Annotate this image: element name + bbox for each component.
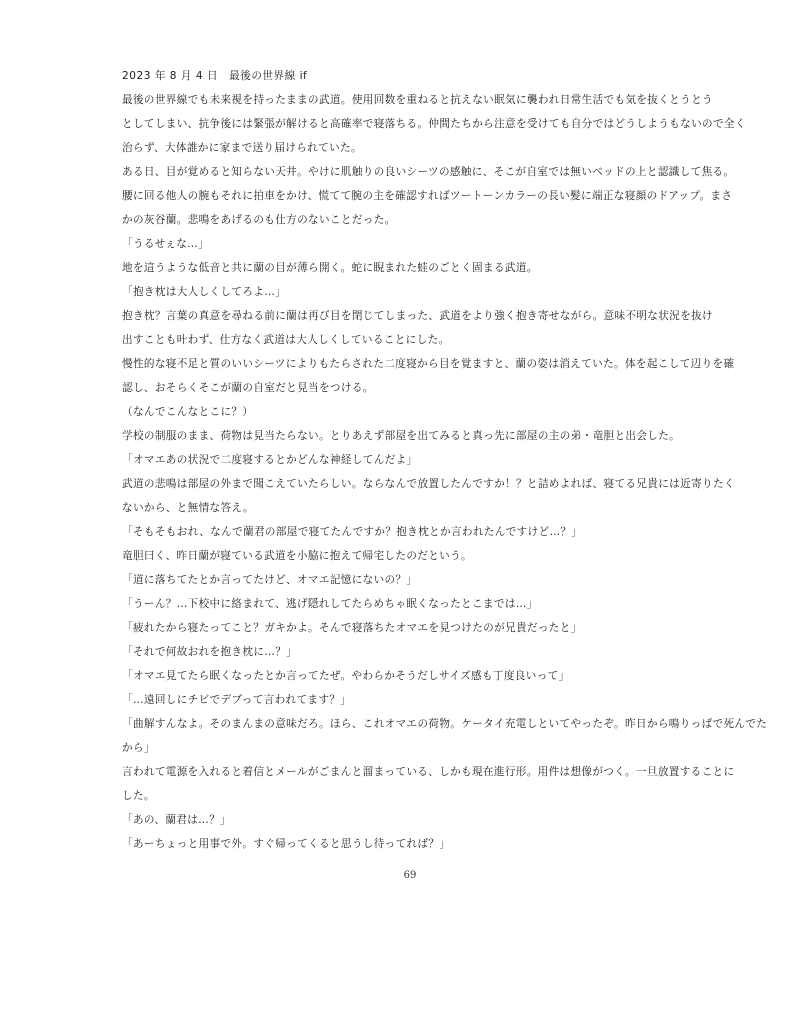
text-line: 腰に回る他人の腕もそれに拍車をかけ、慌てて腕の主を確認すればツートーンカラーの長…: [122, 184, 688, 208]
dialogue-line: 「あの、蘭君は…？」: [122, 808, 688, 832]
text-line: 出すことも叶わず、仕方なく武道は大人しくしていることにした。: [122, 328, 688, 352]
dialogue-line: 「…遠回しにチビでデブって言われてます？」: [122, 688, 688, 712]
dialogue-line: 「オマエあの状況で二度寝するとかどんな神経してんだよ」: [122, 448, 688, 472]
dialogue-line: 「そもそもおれ、なんで蘭君の部屋で寝てたんですか？抱き枕とか言われたんですけど……: [122, 520, 688, 544]
dialogue-line: 「曲解すんなよ。そのまんまの意味だろ。ほら、これオマエの荷物。ケータイ充電しとい…: [122, 712, 688, 736]
text-line: ないから、と無情な答え。: [122, 496, 688, 520]
page-body: 2023 年 8 月 4 日 最後の世界線 if 最後の世界線でも未来視を持った…: [122, 64, 688, 856]
text-line: ある日、目が覚めると知らない天井。やけに肌触りの良いシーツの感触に、そこが自室で…: [122, 160, 688, 184]
dialogue-line: から」: [122, 736, 688, 760]
page-number: 69: [14, 870, 792, 881]
text-line: 地を這うような低音と共に蘭の目が薄ら開く。蛇に睨まれた蛙のごとく固まる武道。: [122, 256, 688, 280]
text-line: としてしまい、抗争後には緊張が解けると高確率で寝落ちる。仲間たちから注意を受けて…: [122, 112, 688, 136]
section-heading: 2023 年 8 月 4 日 最後の世界線 if: [122, 64, 688, 88]
document-page: 2023 年 8 月 4 日 最後の世界線 if 最後の世界線でも未来視を持った…: [0, 0, 792, 1024]
text-line: 治らず、大体誰かに家まで送り届けられていた。: [122, 136, 688, 160]
text-line: 竜胆曰く、昨日蘭が寝ている武道を小脇に抱えて帰宅したのだという。: [122, 544, 688, 568]
text-line: 言われて電源を入れると着信とメールがごまんと溜まっている、しかも現在進行形。用件…: [122, 760, 688, 784]
text-line: 認し、おそらくそこが蘭の自室だと見当をつける。: [122, 376, 688, 400]
dialogue-line: 「あーちょっと用事で外。すぐ帰ってくると思うし待ってれば？」: [122, 832, 688, 856]
dialogue-line: 「疲れたから寝たってこと？ガキかよ。そんで寝落ちたオマエを見つけたのが兄貴だった…: [122, 616, 688, 640]
dialogue-line: 「うーん？…下校中に絡まれて、逃げ隠れしてたらめちゃ眠くなったとこまでは…」: [122, 592, 688, 616]
dialogue-line: 「それで何故おれを抱き枕に…？」: [122, 640, 688, 664]
thought-line: （なんでこんなとこに？）: [122, 400, 688, 424]
text-line: した。: [122, 784, 688, 808]
dialogue-line: 「うるせぇな…」: [122, 232, 688, 256]
text-line: 学校の制服のまま、荷物は見当たらない。とりあえず部屋を出てみると真っ先に部屋の主…: [122, 424, 688, 448]
text-line: 武道の悲鳴は部屋の外まで聞こえていたらしい。ならなんで放置したんですか！？と詰め…: [122, 472, 688, 496]
text-line: 慢性的な寝不足と質のいいシーツによりもたらされた二度寝から目を覚ますと、蘭の姿は…: [122, 352, 688, 376]
dialogue-line: 「抱き枕は大人しくしてろよ…」: [122, 280, 688, 304]
text-line: 抱き枕？言葉の真意を尋ねる前に蘭は再び目を閉じてしまった、武道をより強く抱き寄せ…: [122, 304, 688, 328]
text-line: 最後の世界線でも未来視を持ったままの武道。使用回数を重ねると抗えない眠気に襲われ…: [122, 88, 688, 112]
dialogue-line: 「道に落ちてたとか言ってたけど、オマエ記憶にないの？」: [122, 568, 688, 592]
text-line: かの灰谷蘭。悲鳴をあげるのも仕方のないことだった。: [122, 208, 688, 232]
dialogue-line: 「オマエ見てたら眠くなったとか言ってたぜ。やわらかそうだしサイズ感も丁度良いって…: [122, 664, 688, 688]
